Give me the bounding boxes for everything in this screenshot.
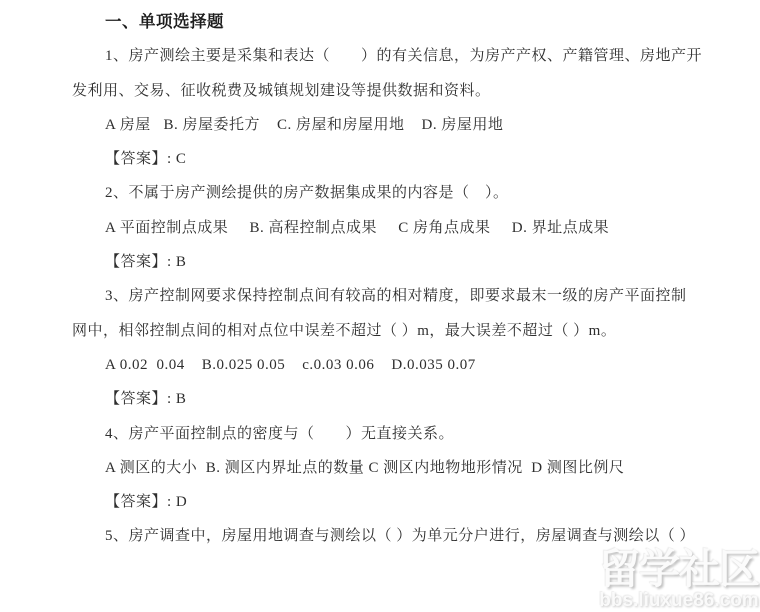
question-2-stem: 2、不属于房产测绘提供的房产数据集成果的内容是（ ）。 [72,176,712,210]
question-1-stem-line-2: 发利用、交易、征收税费及城镇规划建设等提供数据和资料。 [72,74,712,108]
question-4-answer: 【答案】: D [72,485,712,519]
watermark-site-name: 留学社区 [599,548,759,591]
question-3-options: A 0.02 0.04 B.0.025 0.05 c.0.03 0.06 D.0… [72,348,712,382]
question-3-answer: 【答案】: B [72,382,712,416]
question-3-stem-line-2: 网中，相邻控制点间的相对点位中误差不超过（ ）m，最大误差不超过（ ）m。 [72,314,712,348]
watermark-site-url: bbs.liuxue86.com [599,591,759,610]
question-2-answer: 【答案】: B [72,245,712,279]
watermark: 留学社区 bbs.liuxue86.com [599,548,759,610]
question-1-stem-line-1: 1、房产测绘主要是采集和表达（ ）的有关信息，为房产产权、产籍管理、房地产开 [72,39,712,73]
document-body: 一、单项选择题 1、房产测绘主要是采集和表达（ ）的有关信息，为房产产权、产籍管… [72,5,712,554]
question-1-answer: 【答案】: C [72,142,712,176]
question-2-options: A 平面控制点成果 B. 高程控制点成果 C 房角点成果 D. 界址点成果 [72,211,712,245]
question-5-stem: 5、房产调查中，房屋用地调查与测绘以（ ）为单元分户进行，房屋调查与测绘以（ ） [72,519,712,553]
question-4-options: A 测区的大小 B. 测区内界址点的数量 C 测区内地物地形情况 D 测图比例尺 [72,451,712,485]
question-4-stem: 4、房产平面控制点的密度与（ ）无直接关系。 [72,417,712,451]
section-heading: 一、单项选择题 [72,5,712,39]
exam-document-page: 一、单项选择题 1、房产测绘主要是采集和表达（ ）的有关信息，为房产产权、产籍管… [0,0,760,612]
question-3-stem-line-1: 3、房产控制网要求保持控制点间有较高的相对精度，即要求最末一级的房产平面控制 [72,279,712,313]
question-1-options: A 房屋 B. 房屋委托方 C. 房屋和房屋用地 D. 房屋用地 [72,108,712,142]
